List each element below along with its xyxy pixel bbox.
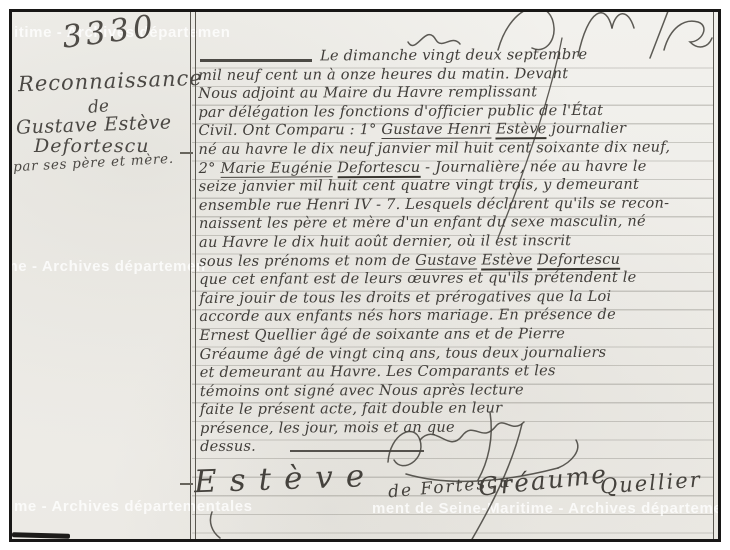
text-segment: sous les prénoms et nom de <box>199 251 415 269</box>
text-segment: seize janvier mil huit cent quatre vingt… <box>199 176 639 195</box>
text-segment <box>332 159 337 176</box>
underlined-name: Defortescu <box>337 158 420 177</box>
text-segment: 2° <box>199 159 221 176</box>
text-segment: Le dimanche vingt deux septembre <box>320 46 587 64</box>
text-segment: dessus. <box>200 438 256 455</box>
underlined-name: Gustave Henri <box>381 121 491 140</box>
act-text: Le dimanche vingt deux septembremil neuf… <box>198 45 716 457</box>
underlined-name: Marie Eugénie <box>220 159 332 178</box>
text-line: naissent les père et mère d'un enfant du… <box>199 213 715 234</box>
signature-esteve: Estève <box>193 458 377 500</box>
text-segment: Ernest Quellier âgé de soixante ans et d… <box>199 325 565 344</box>
act-number: 3330 <box>60 9 159 56</box>
text-segment: journalier <box>547 120 627 137</box>
text-segment: et demeurant au Havre. Les Comparants et… <box>200 362 556 381</box>
text-segment: Nous adjoint au Maire du Havre remplissa… <box>198 83 537 102</box>
underlined-name: Gustave <box>415 251 476 269</box>
text-segment: par délégation les fonctions d'officier … <box>198 102 603 121</box>
pen-stroke <box>198 512 238 539</box>
margin-tick <box>180 152 193 154</box>
text-segment: témoins ont signé avec Nous après lectur… <box>200 381 524 400</box>
text-segment: que cet enfant est de leurs œuvres et qu… <box>199 269 636 288</box>
text-segment: naissent les père et mère d'un enfant du… <box>199 213 646 232</box>
text-segment: accorde aux enfants nés hors mariage. En… <box>199 306 616 325</box>
text-segment: mil neuf cent un à onze heures du matin.… <box>198 65 568 84</box>
archive-watermark-middle: time - Archives départemen <box>9 258 206 275</box>
margin-tick <box>180 483 193 485</box>
column-separator-line <box>190 12 196 539</box>
ink-smudge <box>12 532 70 539</box>
underlined-name: Estève <box>496 121 547 140</box>
text-segment: au Havre le dix huit août dernier, où il… <box>199 232 571 251</box>
text-segment: - Journalière, née au havre le <box>420 157 646 175</box>
text-segment: faire jouir de tous les droits et prérog… <box>199 288 611 307</box>
underlined-name: Defortescu <box>537 250 620 269</box>
text-segment: né au havre le dix neuf janvier mil huit… <box>198 138 670 157</box>
underlined-name: Estève <box>481 251 532 270</box>
document-scan: itime - Archives départemen time - Archi… <box>9 9 721 542</box>
margin-note-line: Reconnaissance <box>18 66 203 96</box>
text-segment: Civil. Ont Comparu : 1° <box>198 121 381 139</box>
text-segment: ensemble rue Henri IV - 7. Lesquels décl… <box>199 194 669 213</box>
text-segment: Gréaume âgé de vingt cinq ans, tous deux… <box>200 343 607 362</box>
